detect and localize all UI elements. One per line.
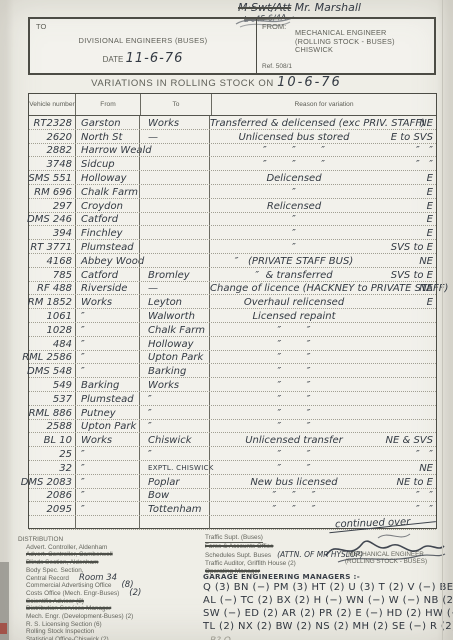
distribution-item-text: Body Spec. Section, — [26, 567, 84, 574]
cell-reason: Change of licence (HACKNEY to PRIVATE ST… — [209, 282, 436, 295]
table-row: 549BarkingWorks″ ″ — [29, 378, 436, 392]
cell-to-text: ″ — [148, 394, 152, 405]
cell-to: — — [139, 282, 209, 295]
cell-to: Works — [139, 378, 209, 391]
cell-vehicle-number: DMS 548 — [29, 364, 75, 377]
col-header-from: From — [75, 94, 140, 115]
cell-to — [139, 213, 209, 226]
cell-reason: ″ ″ ″″ ″ — [209, 157, 436, 170]
reason-text: Relicensed — [210, 201, 378, 212]
distribution-item-text: R. S. Licensing Section (6) — [26, 621, 102, 628]
reason-code: NE — [419, 118, 433, 129]
cell-to: Tottenham — [139, 502, 209, 515]
table-row: 3748Sidcup″ ″ ″″ ″ — [29, 157, 436, 171]
table-row: DMS 2083″PoplarNew bus licensedNE to E — [29, 475, 436, 489]
cell-vehicle-number: SMS 551 — [29, 171, 75, 184]
distribution-item: Blinds Section, Aldenham — [18, 559, 203, 567]
table-row: 4168Abbey Wood″ (PRIVATE STAFF BUS)NE — [29, 254, 436, 268]
cell-from: Plumstead — [75, 240, 139, 253]
table-row: 2086″Bow″ ″ ″″ ″ — [29, 489, 436, 503]
garage-code-line: AL (−) TC (2) BX (2) H (−) WN (−) W (−) … — [203, 594, 453, 607]
cell-to: Bromley — [139, 268, 209, 281]
cell-vehicle-number: RM 696 — [29, 185, 75, 198]
reason-code: E — [427, 228, 433, 239]
garage-code-line: Q (3) BN (−) PM (3) HT (2) U (3) T (2) V… — [203, 581, 453, 594]
table-row: 537Plumstead″″ ″ — [29, 392, 436, 406]
cell-to: — — [139, 130, 209, 143]
cell-to: Chiswick — [139, 433, 209, 446]
distribution-item-text: Scientific Adviser (2) — [26, 598, 84, 605]
cell-vehicle-number: 2882 — [29, 144, 75, 157]
reason-text: ″ ″ — [210, 352, 378, 363]
reason-text: ″ ″ — [210, 394, 378, 405]
reason-text: ″ ″ — [210, 380, 378, 391]
cell-reason: Transferred & delicensed (exc PRIV. STAF… — [209, 116, 436, 129]
distribution-item: R. S. Licensing Section (6) — [18, 621, 203, 629]
distribution-item-text: Statistical Office-Chiswick (2) — [26, 636, 109, 640]
date-label: DATE — [103, 55, 124, 64]
from-label: FROM: — [262, 22, 286, 31]
table-row: RT 3771Plumstead″SVS to E — [29, 240, 436, 254]
cell-vehicle-number: 785 — [29, 268, 75, 281]
cell-to-text: Chiswick — [148, 435, 192, 446]
cell-reason: ″ ″ — [209, 392, 436, 405]
cell-reason: ″ ″ — [209, 406, 436, 419]
cell-vehicle-number: 2588 — [29, 420, 75, 433]
table-row: 32″EXPTL. CHISWICK″ ″NE — [29, 461, 436, 475]
distribution-item: Advert. Controller, Aldenham — [18, 544, 203, 552]
distribution-item-text: Distribution Services Manager — [26, 605, 111, 612]
cell-to-text: Barking — [148, 366, 186, 377]
reason-code: E — [427, 201, 433, 212]
reason-text: ″ ″ ″ — [210, 145, 378, 156]
cell-from: ″ — [75, 337, 139, 350]
cell-vehicle-number: 2095 — [29, 502, 75, 515]
signature-line: MECHANICAL ENGINEER — [330, 551, 442, 558]
cell-reason: DelicensedE — [209, 171, 436, 184]
distribution-title: DISTRIBUTION — [18, 536, 203, 544]
cell-reason: ″ ″ ″″ ″ — [209, 144, 436, 157]
cell-reason: Unlicensed transferNE & SVS — [209, 433, 436, 446]
cell-to: Chalk Farm — [139, 323, 209, 336]
reason-code: NE & SVS — [386, 435, 434, 446]
cell-to — [139, 516, 209, 529]
reason-code: NE to E — [396, 477, 433, 488]
cell-vehicle-number: RF 488 — [29, 282, 75, 295]
cell-to: ″ — [139, 447, 209, 460]
cell-to-text: ″ — [148, 449, 152, 460]
cell-from: Catford — [75, 213, 139, 226]
cell-to — [139, 254, 209, 267]
distribution-item: Scientific Adviser (2) — [18, 598, 203, 606]
garage-code-line: SW (−) ED (2) AR (2) PR (2) E (−) HD (2)… — [203, 607, 453, 620]
cell-to-text: Works — [148, 380, 179, 391]
distribution-item: Distribution Services Manager — [18, 605, 203, 613]
from-address: MECHANICAL ENGINEER(ROLLING STOCK - BUSE… — [295, 29, 395, 55]
reason-text: Overhaul relicensed — [210, 297, 378, 308]
to-label: TO — [36, 22, 46, 31]
cell-vehicle-number: RM 1852 — [29, 295, 75, 308]
table-row: 2588Upton Park″″ ″ — [29, 420, 436, 434]
header-box: TO DIVISIONAL ENGINEERS (BUSES) DATE 11-… — [28, 17, 436, 75]
reason-text: ″ & transferred — [210, 270, 378, 281]
table-row: RF 488Riverside—Change of licence (HACKN… — [29, 282, 436, 296]
distribution-item: Advert. Controller, Camberwell — [18, 551, 203, 559]
cell-vehicle-number: RML 2586 — [29, 351, 75, 364]
table-row: DMS 246Catford″E — [29, 213, 436, 227]
cell-reason: ″ (PRIVATE STAFF BUS)NE — [209, 254, 436, 267]
cell-vehicle-number: 1028 — [29, 323, 75, 336]
reason-code: E to SVS — [391, 132, 433, 143]
cell-to-text: Bromley — [148, 270, 190, 281]
from-cell: FROM: MECHANICAL ENGINEER(ROLLING STOCK … — [257, 19, 434, 73]
reason-code: ″ ″ — [416, 145, 433, 156]
table-row: RT2328GarstonWorksTransferred & delicens… — [29, 116, 436, 130]
cell-to-text: ″ — [148, 408, 152, 419]
handwritten-note: (2) — [129, 588, 141, 598]
cell-from: Chalk Farm — [75, 185, 139, 198]
ref-number: Ref. 508/1 — [262, 63, 292, 70]
reason-text: ″ ″ — [210, 463, 378, 474]
table-row: DMS 548″Barking″ ″ — [29, 364, 436, 378]
cell-vehicle-number: RML 886 — [29, 406, 75, 419]
table-header-row: Vehicle number From To Reason for variat… — [29, 94, 436, 116]
cell-from: Sidcup — [75, 157, 139, 170]
cell-to-text: — — [148, 283, 158, 294]
to-cell: TO DIVISIONAL ENGINEERS (BUSES) DATE 11-… — [30, 19, 257, 73]
recipient: DIVISIONAL ENGINEERS (BUSES) — [30, 36, 256, 45]
traffic-item-text: Traffic Supt. (Buses) — [205, 534, 263, 543]
cell-reason: ″SVS to E — [209, 240, 436, 253]
cell-reason: ″ ″″ ″ — [209, 447, 436, 460]
reason-code: NE — [419, 283, 433, 294]
cell-vehicle-number: 297 — [29, 199, 75, 212]
traffic-item-text: Fares & Accounts Office — [205, 543, 273, 550]
garage-title: GARAGE ENGINEERING MANAGERS :- — [203, 572, 453, 581]
cell-reason: ″ ″NE — [209, 461, 436, 474]
cell-vehicle-number: 549 — [29, 378, 75, 391]
cell-vehicle-number: 4168 — [29, 254, 75, 267]
cell-reason: ″E — [209, 226, 436, 239]
table-row: 1061″WalworthLicensed repaint — [29, 309, 436, 323]
cell-reason: RelicensedE — [209, 199, 436, 212]
from-address-line: CHISWICK — [295, 46, 395, 55]
date-line: DATE 11-6-76 — [30, 51, 256, 66]
distribution-item: Statistical Office-Chiswick (2) — [18, 636, 203, 640]
cell-from: Upton Park — [75, 420, 139, 433]
reason-text: ″ — [210, 187, 378, 198]
scan-red-smudge — [0, 623, 7, 634]
traffic-item: Traffic Supt. (Buses) — [205, 534, 385, 543]
reason-text: Unlicensed transfer — [210, 435, 378, 446]
reason-text: Unlicensed bus stored — [210, 132, 378, 143]
cell-to-text: Poplar — [148, 477, 180, 488]
document-page: M·Swt/Att Mr. Marshall L-c45 6/4A TO DIV… — [0, 0, 453, 640]
cell-to-text: ″ — [148, 421, 152, 432]
garage-managers: GARAGE ENGINEERING MANAGERS :- Q (3) BN … — [203, 572, 453, 633]
cell-from: Putney — [75, 406, 139, 419]
reason-code: NE — [419, 256, 433, 267]
reason-code: E — [427, 297, 433, 308]
cell-to-text: Upton Park — [148, 352, 203, 363]
table-row: RM 696Chalk Farm″E — [29, 185, 436, 199]
page-edge-line — [442, 0, 443, 640]
cell-vehicle-number: 2620 — [29, 130, 75, 143]
table-row: BL 10WorksChiswickUnlicensed transferNE … — [29, 433, 436, 447]
cell-from: ″ — [75, 351, 139, 364]
reason-text: Change of licence (HACKNEY to PRIVATE ST… — [210, 283, 378, 294]
cell-from: Harrow Weald — [75, 144, 139, 157]
cell-to — [139, 157, 209, 170]
cell-to — [139, 240, 209, 253]
cutoff-text: B? Q… — [210, 636, 240, 640]
cell-to: Works — [139, 116, 209, 129]
reason-text: ″ ″ — [210, 325, 378, 336]
reason-text: ″ ″ ″ — [210, 504, 378, 515]
table-row: 2095″Tottenham″ ″ ″″ ″ — [29, 502, 436, 516]
table-rows: RT2328GarstonWorksTransferred & delicens… — [29, 116, 436, 530]
cell-to-text: — — [148, 132, 158, 143]
cell-from: Croydon — [75, 199, 139, 212]
reason-text: ″ ″ ″ — [210, 159, 378, 170]
cell-reason: ″E — [209, 213, 436, 226]
reason-text: ″ ″ — [210, 366, 378, 377]
cell-reason: Unlicensed bus storedE to SVS — [209, 130, 436, 143]
cell-vehicle-number: 25 — [29, 447, 75, 460]
cell-to-text: EXPTL. CHISWICK — [148, 464, 214, 474]
traffic-item-text: Traffic Auditor, Griffith House (2) — [205, 560, 296, 567]
variations-table: Vehicle number From To Reason for variat… — [28, 93, 437, 529]
cell-to: Upton Park — [139, 351, 209, 364]
cell-vehicle-number: 2086 — [29, 489, 75, 502]
cell-vehicle-number: 3748 — [29, 157, 75, 170]
distribution-item-text: Advert. Controller, Aldenham — [26, 544, 107, 551]
cell-from: ″ — [75, 447, 139, 460]
cell-vehicle-number: BL 10 — [29, 433, 75, 446]
cell-from: Works — [75, 295, 139, 308]
cell-vehicle-number: DMS 246 — [29, 213, 75, 226]
reason-code: E — [427, 173, 433, 184]
distribution-item-text: Central Record — [26, 575, 69, 582]
cell-to: ″ — [139, 392, 209, 405]
reason-code: SVS to E — [391, 242, 433, 253]
reason-code: ″ ″ — [416, 159, 433, 170]
cell-from: ″ — [75, 323, 139, 336]
cell-reason: ″ ″ ″″ ″ — [209, 502, 436, 515]
cell-to-text: Leyton — [148, 297, 182, 308]
cell-vehicle-number: 1061 — [29, 309, 75, 322]
reason-text: ″ ″ — [210, 449, 378, 460]
cell-to — [139, 185, 209, 198]
reason-code: ″ ″ — [416, 449, 433, 460]
cell-from: Works — [75, 433, 139, 446]
reason-text: ″ (PRIVATE STAFF BUS) — [210, 256, 378, 267]
col-header-to: To — [140, 94, 211, 115]
cell-from: Holloway — [75, 171, 139, 184]
distribution-item: Commercial Advertising Office(8) — [18, 582, 203, 590]
distribution-item-text: Commercial Advertising Office — [26, 582, 111, 589]
title-date: 10-6-76 — [277, 75, 342, 90]
distribution-item-text: Blinds Section, Aldenham — [26, 559, 98, 566]
reason-text: ″ ″ — [210, 339, 378, 350]
cell-to-text: Tottenham — [148, 504, 202, 515]
cell-to: Holloway — [139, 337, 209, 350]
table-row: RM 1852WorksLeytonOverhaul relicensedE — [29, 295, 436, 309]
cell-reason: ″ ″ — [209, 337, 436, 350]
cell-vehicle-number: DMS 2083 — [29, 475, 75, 488]
cell-from: ″ — [75, 364, 139, 377]
signature-block: MECHANICAL ENGINEER(ROLLING STOCK - BUSE… — [330, 551, 442, 566]
cell-reason: ″ ″ — [209, 364, 436, 377]
distribution-item-text: Advert. Controller, Camberwell — [26, 551, 113, 558]
cell-vehicle-number — [29, 516, 75, 529]
reason-text: Licensed repaint — [210, 311, 378, 322]
cell-from: ″ — [75, 461, 139, 474]
cell-to: ″ — [139, 420, 209, 433]
reason-text: New bus licensed — [210, 477, 378, 488]
cell-reason: ″ ″ — [209, 420, 436, 433]
cell-reason: ″ ″ — [209, 378, 436, 391]
col-header-reason: Reason for variation — [211, 94, 436, 115]
cell-reason: ″ & transferredSVS to E — [209, 268, 436, 281]
reason-text: ″ — [210, 228, 378, 239]
cell-from: ″ — [75, 489, 139, 502]
table-row: 297CroydonRelicensedE — [29, 199, 436, 213]
distribution-list: DISTRIBUTION Advert. Controller, Aldenha… — [18, 536, 203, 640]
cell-to: ″ — [139, 406, 209, 419]
cell-to — [139, 144, 209, 157]
cell-reason: ″E — [209, 185, 436, 198]
cell-to: Leyton — [139, 295, 209, 308]
cell-from — [75, 516, 139, 529]
cell-from: North St — [75, 130, 139, 143]
cell-vehicle-number: 537 — [29, 392, 75, 405]
reason-code: E — [427, 187, 433, 198]
cell-to — [139, 171, 209, 184]
cell-from: ″ — [75, 502, 139, 515]
table-row: 484″Holloway″ ″ — [29, 337, 436, 351]
reason-code: ″ ″ — [416, 490, 433, 501]
cell-to-text: Works — [148, 118, 179, 129]
table-row: 2882Harrow Weald″ ″ ″″ ″ — [29, 144, 436, 158]
cell-vehicle-number: 484 — [29, 337, 75, 350]
cell-from: ″ — [75, 475, 139, 488]
reason-text: ″ ″ — [210, 408, 378, 419]
garage-code-line: TL (2) NX (2) BW (2) NS (2) MH (2) SE (−… — [203, 620, 453, 633]
cell-vehicle-number: 394 — [29, 226, 75, 239]
cell-from: Riverside — [75, 282, 139, 295]
date-value: 11-6-76 — [126, 51, 184, 66]
cell-to-text: Walworth — [148, 311, 195, 322]
reason-code: ″ ″ — [416, 504, 433, 515]
distribution-item-text: Rolling Stock Inspection — [26, 628, 94, 635]
table-row: 394Finchley″E — [29, 226, 436, 240]
cell-vehicle-number: 32 — [29, 461, 75, 474]
table-row: RML 886Putney″″ ″ — [29, 406, 436, 420]
cell-to-text: Holloway — [148, 339, 194, 350]
table-row: 2620North St—Unlicensed bus storedE to S… — [29, 130, 436, 144]
distribution-item-text: Costs Office (Mech. Engr-Buses) — [26, 590, 119, 597]
reason-text: ″ — [210, 242, 378, 253]
cell-reason: ″ ″ — [209, 351, 436, 364]
reason-text: ″ — [210, 214, 378, 225]
table-row: RML 2586″Upton Park″ ″ — [29, 351, 436, 365]
distribution-item: Costs Office (Mech. Engr-Buses)(2) — [18, 590, 203, 598]
cell-from: Barking — [75, 378, 139, 391]
document-title: VARIATIONS IN ROLLING STOCK ON 10-6-76 — [0, 75, 433, 90]
traffic-item-text: Schedules Supt. Buses — [205, 552, 271, 559]
cell-to: Barking — [139, 364, 209, 377]
cell-to — [139, 199, 209, 212]
signature-line: (ROLLING STOCK - BUSES) — [330, 558, 442, 565]
cell-to: Walworth — [139, 309, 209, 322]
cell-to — [139, 226, 209, 239]
cell-reason: ″ ″ — [209, 323, 436, 336]
table-row: SMS 551HollowayDelicensedE — [29, 171, 436, 185]
cell-reason: Overhaul relicensedE — [209, 295, 436, 308]
cell-from: Plumstead — [75, 392, 139, 405]
distribution-item: Rolling Stock Inspection — [18, 628, 203, 636]
cell-to: Bow — [139, 489, 209, 502]
table-row: 1028″Chalk Farm″ ″ — [29, 323, 436, 337]
reason-text: Transferred & delicensed (exc PRIV. STAF… — [210, 118, 378, 129]
col-header-vehicle: Vehicle number — [29, 94, 75, 115]
cell-to-text: Bow — [148, 490, 169, 501]
distribution-item-text: Mech. Engr. (Development-Buses) (2) — [26, 613, 133, 620]
cell-from: Garston — [75, 116, 139, 129]
cell-reason: New bus licensedNE to E — [209, 475, 436, 488]
reason-text: Delicensed — [210, 173, 378, 184]
reason-code: NE — [419, 463, 433, 474]
distribution-item: Mech. Engr. (Development-Buses) (2) — [18, 613, 203, 621]
cell-vehicle-number: RT 3771 — [29, 240, 75, 253]
reason-text: ″ ″ — [210, 421, 378, 432]
cell-to-text: Chalk Farm — [148, 325, 205, 336]
cell-from: ″ — [75, 309, 139, 322]
table-row: 785CatfordBromley″ & transferredSVS to E — [29, 268, 436, 282]
cell-from: Finchley — [75, 226, 139, 239]
cell-to: Poplar — [139, 475, 209, 488]
cell-to: EXPTL. CHISWICK — [139, 461, 209, 474]
reason-code: E — [427, 214, 433, 225]
title-text: VARIATIONS IN ROLLING STOCK ON — [91, 78, 274, 89]
cell-from: Abbey Wood — [75, 254, 139, 267]
cell-from: Catford — [75, 268, 139, 281]
reason-code: SVS to E — [391, 270, 433, 281]
reason-text: ″ ″ ″ — [210, 490, 378, 501]
cell-reason: Licensed repaint — [209, 309, 436, 322]
cell-vehicle-number: RT2328 — [29, 116, 75, 129]
table-row: 25″″″ ″″ ″ — [29, 447, 436, 461]
cell-reason: ″ ″ ″″ ″ — [209, 489, 436, 502]
